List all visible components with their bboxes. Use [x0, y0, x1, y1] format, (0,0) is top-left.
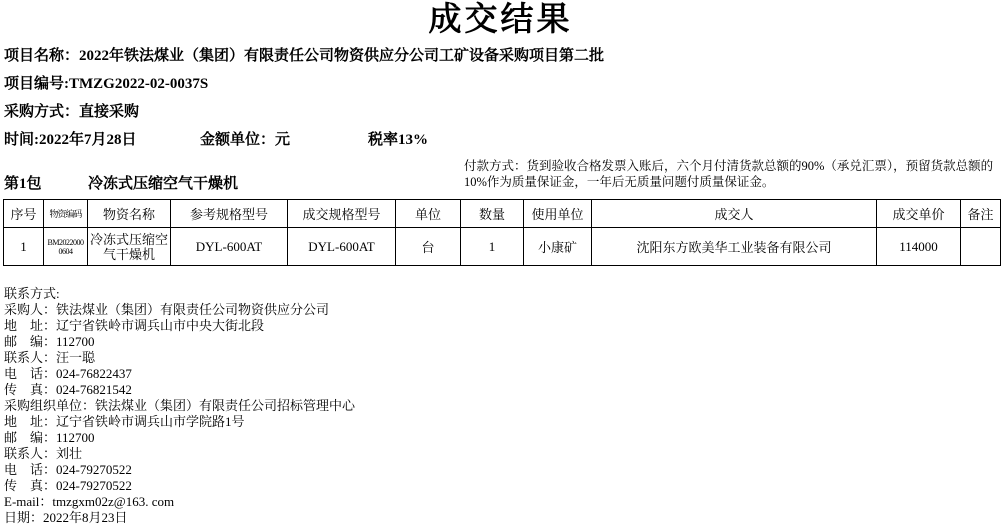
cell-ref-model: DYL-600AT: [171, 228, 288, 266]
cell-winner: 沈阳东方欧美华工业装备有限公司: [592, 228, 877, 266]
contact-line: 电 话：024-76822437: [4, 366, 355, 382]
material-code-line1: BM2022000: [45, 238, 86, 247]
column-header-ref-model: 参考规格型号: [171, 200, 288, 228]
contact-line: 采购人：铁法煤业（集团）有限责任公司物资供应分公司: [4, 302, 355, 318]
cell-user-unit: 小康矿: [524, 228, 592, 266]
cell-material-code: BM2022000 0604: [44, 228, 88, 266]
contact-info-block: 联系方式: 采购人：铁法煤业（集团）有限责任公司物资供应分公司 地 址：辽宁省铁…: [4, 286, 355, 526]
column-header-unit: 单位: [396, 200, 461, 228]
column-header-remark: 备注: [961, 200, 1001, 228]
contact-line: 传 真：024-79270522: [4, 478, 355, 494]
cell-remark: [961, 228, 1001, 266]
cell-unit-price: 114000: [877, 228, 961, 266]
package-name: 冷冻式压缩空气干燥机: [88, 175, 238, 193]
project-name-line: 项目名称：2022年铁法煤业（集团）有限责任公司物资供应分公司工矿设备采购项目第…: [4, 47, 604, 65]
column-header-deal-model: 成交规格型号: [288, 200, 396, 228]
results-table: 序号 物资编码 物资名称 参考规格型号 成交规格型号 单位 数量 使用单位 成交…: [3, 199, 1001, 266]
cell-deal-model: DYL-600AT: [288, 228, 396, 266]
amount-unit-label: 金额单位：元: [200, 131, 290, 149]
column-header-winner: 成交人: [592, 200, 877, 228]
page-title: 成交结果: [0, 0, 1001, 40]
cell-material-name: 冷冻式压缩空气干燥机: [88, 228, 171, 266]
procurement-method-line: 采购方式：直接采购: [4, 103, 139, 121]
document-page: 成交结果 项目名称：2022年铁法煤业（集团）有限责任公司物资供应分公司工矿设备…: [0, 0, 1001, 529]
contact-line: 日期：2022年8月23日: [4, 510, 355, 526]
project-number-line: 项目编号:TMZG2022-02-0037S: [4, 75, 208, 93]
column-header-qty: 数量: [461, 200, 524, 228]
tax-rate-label: 税率13%: [368, 131, 428, 149]
contact-line: 电 话：024-79270522: [4, 462, 355, 478]
payment-terms: 付款方式：货到验收合格发票入账后，六个月付清货款总额的90%（承兑汇票），预留货…: [464, 158, 1001, 190]
cell-unit: 台: [396, 228, 461, 266]
contact-line: 联系人：汪一聪: [4, 350, 355, 366]
column-header-unit-price: 成交单价: [877, 200, 961, 228]
column-header-material-code: 物资编码: [44, 200, 88, 228]
cell-qty: 1: [461, 228, 524, 266]
contact-line: 邮 编：112700: [4, 430, 355, 446]
contact-line: E-mail：tmzgxm02z@163. com: [4, 494, 355, 510]
contact-line: 地 址：辽宁省铁岭市调兵山市中央大街北段: [4, 318, 355, 334]
table-row: 1 BM2022000 0604 冷冻式压缩空气干燥机 DYL-600AT DY…: [4, 228, 1001, 266]
column-header-seq: 序号: [4, 200, 44, 228]
package-number: 第1包: [4, 175, 42, 193]
cell-seq: 1: [4, 228, 44, 266]
column-header-material-name: 物资名称: [88, 200, 171, 228]
column-header-user-unit: 使用单位: [524, 200, 592, 228]
contact-line: 联系方式:: [4, 286, 355, 302]
contact-line: 采购组织单位：铁法煤业（集团）有限责任公司招标管理中心: [4, 398, 355, 414]
contact-line: 联系人：刘壮: [4, 446, 355, 462]
contact-line: 传 真：024-76821542: [4, 382, 355, 398]
contact-line: 地 址：辽宁省铁岭市调兵山市学院路1号: [4, 414, 355, 430]
table-header-row: 序号 物资编码 物资名称 参考规格型号 成交规格型号 单位 数量 使用单位 成交…: [4, 200, 1001, 228]
material-code-line2: 0604: [45, 247, 86, 256]
time-label: 时间:2022年7月28日: [4, 131, 137, 149]
contact-line: 邮 编：112700: [4, 334, 355, 350]
